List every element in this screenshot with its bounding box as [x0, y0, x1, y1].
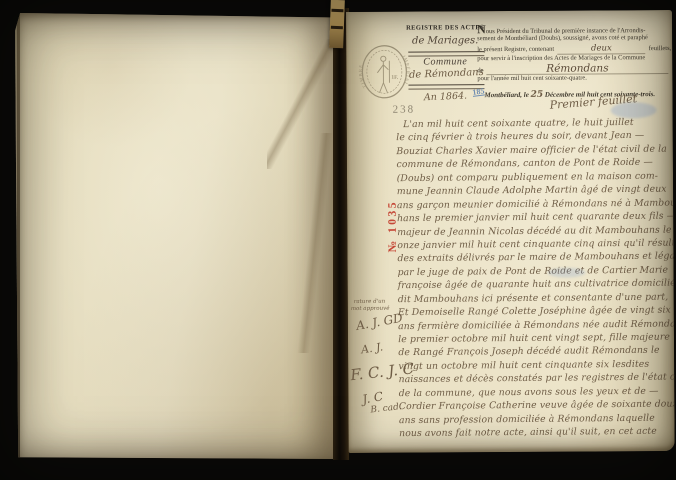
- margin-paraph-initials: B. cad.: [370, 402, 402, 415]
- seal-figure: [377, 56, 389, 93]
- pencil-folio-number: 238: [393, 104, 416, 116]
- seal-ring-left-text: TIMBRE: [358, 63, 367, 89]
- certification-paragraph: Nous Président du Tribunal de première i…: [477, 23, 671, 84]
- acte-type-line: de Mariages.: [402, 35, 488, 47]
- stitch-slit: [331, 9, 343, 12]
- commune-label: Commune: [402, 56, 488, 68]
- blue-archival-stamp: 185: [472, 87, 485, 96]
- cert-line: de Rémondans: [477, 63, 671, 74]
- margin-note-line2: mot approuvé: [351, 306, 390, 312]
- dropcap-n: N: [477, 24, 486, 34]
- register-first-leaf-page: TIMBRE IMPÉRIAL 1F. REGISTRE DES ACTES d…: [346, 10, 675, 453]
- margin-note-line1: rature d'un: [354, 299, 385, 305]
- cert-line-text: feuillets,: [649, 44, 672, 54]
- marriage-act-handwriting: L'an mil huit cent soixante quatre, le h…: [396, 117, 675, 442]
- stitch-slit: [331, 26, 343, 29]
- act-line: nous avons fait notre acte, ainsi qu'il …: [399, 426, 675, 442]
- margin-paraph-initials: A. J.: [360, 340, 384, 356]
- red-number-stamp: № 1035: [387, 181, 403, 271]
- dateline-prefix: Montbéliard, le: [484, 91, 528, 99]
- binding-strap: [329, 0, 345, 48]
- cert-line-text: pour l'année mil huit cent soixante-quat…: [477, 74, 587, 85]
- left-blank-page: [15, 13, 335, 459]
- register-title: REGISTRE DES ACTES: [402, 24, 488, 32]
- archival-scan-marriage-register: TIMBRE IMPÉRIAL 1F. REGISTRE DES ACTES d…: [0, 0, 676, 480]
- handwritten-day: 25: [531, 90, 544, 100]
- page-edge-shadow: [17, 13, 20, 459]
- margin-paraph-initials: A. J. GD: [355, 311, 404, 333]
- seal-value: 1F.: [391, 75, 399, 81]
- cert-line: pour l'année mil huit cent soixante-quat…: [477, 73, 671, 84]
- paper-crease: [295, 133, 335, 353]
- svg-text:TIMBRE: TIMBRE: [358, 63, 367, 89]
